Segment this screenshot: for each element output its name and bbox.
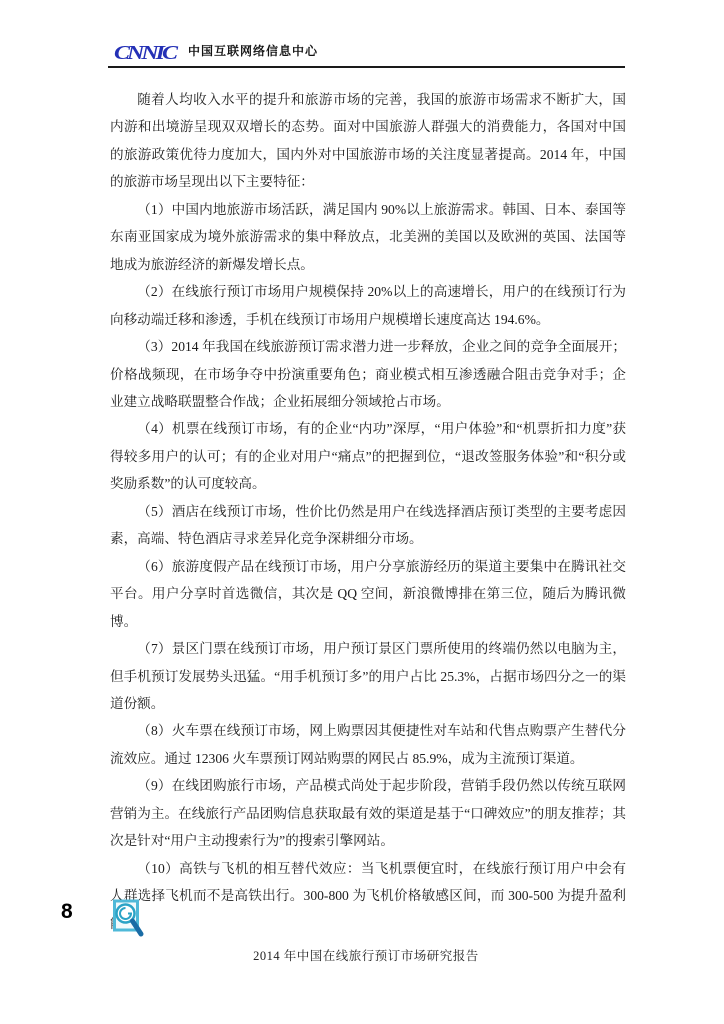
point-5-paragraph: （5）酒店在线预订市场，性价比仍然是用户在线选择酒店预订类型的主要考虑因素，高端…	[110, 498, 626, 553]
document-body: 随着人均收入水平的提升和旅游市场的完善，我国的旅游市场需求不断扩大，国内游和出境…	[110, 86, 626, 937]
point-9-paragraph: （9）在线团购旅行市场，产品模式尚处于起步阶段，营销手段仍然以传统互联网营销为主…	[110, 772, 626, 854]
point-6-paragraph: （6）旅游度假产品在线预订市场，用户分享旅游经历的渠道主要集中在腾讯社交平台。用…	[110, 553, 626, 635]
cnnic-logo: CNNIC	[114, 43, 175, 63]
magnifier-document-icon	[110, 896, 146, 944]
point-2-paragraph: （2）在线旅行预订市场用户规模保持 20%以上的高速增长，用户的在线预订行为向移…	[110, 278, 626, 333]
point-4-paragraph: （4）机票在线预订市场，有的企业“内功”深厚，“用户体验”和“机票折扣力度”获得…	[110, 415, 626, 497]
footer-report-title: 2014 年中国在线旅行预订市场研究报告	[104, 946, 628, 964]
intro-paragraph: 随着人均收入水平的提升和旅游市场的完善，我国的旅游市场需求不断扩大，国内游和出境…	[110, 86, 626, 196]
point-7-paragraph: （7）景区门票在线预订市场，用户预订景区门票所使用的终端仍然以电脑为主，但手机预…	[110, 635, 626, 717]
page-number: 8	[61, 900, 73, 924]
org-name-label: 中国互联网络信息中心	[188, 42, 318, 59]
point-1-paragraph: （1）中国内地旅游市场活跃，满足国内 90%以上旅游需求。韩国、日本、泰国等东南…	[110, 196, 626, 278]
page-header: CNNIC 中国互联网络信息中心	[108, 36, 625, 68]
point-8-paragraph: （8）火车票在线预订市场，网上购票因其便捷性对车站和代售点购票产生替代分流效应。…	[110, 717, 626, 772]
point-3-paragraph: （3）2014 年我国在线旅游预订需求潜力进一步释放，企业之间的竞争全面展开；价…	[110, 333, 626, 415]
point-10-paragraph: （10）高铁与飞机的相互替代效应：当飞机票便宜时，在线旅行预订用户中会有人群选择…	[110, 855, 626, 937]
report-page: CNNIC 中国互联网络信息中心 随着人均收入水平的提升和旅游市场的完善，我国的…	[0, 0, 724, 1024]
